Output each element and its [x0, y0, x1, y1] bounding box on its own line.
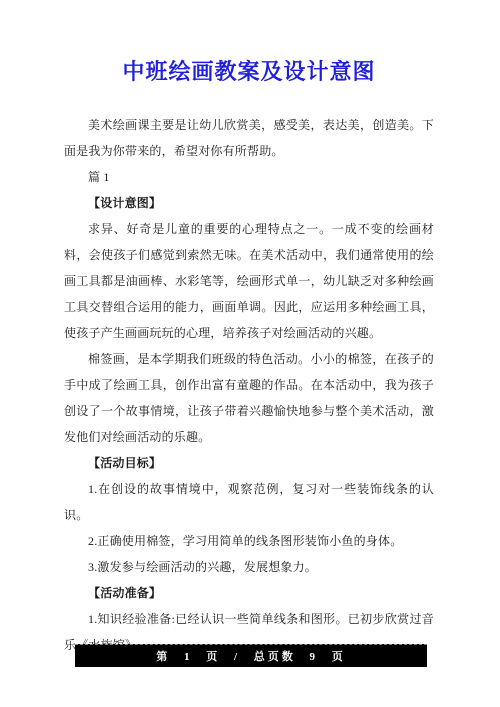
list-item-goal-1: 1.在创设的故事情境中，观察范例，复习对一些装饰线条的认识。: [64, 476, 434, 528]
list-item-goal-3: 3.激发参与绘画活动的兴趣，发展想象力。: [64, 554, 434, 580]
page-footer-bar: 第 1 页 / 总页数 9 页: [75, 644, 427, 667]
heading-activity-goals: 【活动目标】: [64, 450, 434, 476]
paragraph-design-intent-2: 棉签画，是本学期我们班级的特色活动。小小的棉签，在孩子的手中成了绘画工具，创作出…: [64, 346, 434, 450]
document-page: 中班绘画教案及设计意图 美术绘画课主要是让幼儿欣赏美，感受美，表达美，创造美。下…: [0, 0, 500, 707]
paragraph-intro: 美术绘画课主要是让幼儿欣赏美，感受美，表达美，创造美。下面是我为你带来的，希望对…: [64, 112, 434, 164]
page-number-indicator: 第 1 页 / 总页数 9 页: [156, 648, 346, 664]
list-item-goal-2: 2.正确使用棉签，学习用简单的线条图形装饰小鱼的身体。: [64, 528, 434, 554]
document-title: 中班绘画教案及设计意图: [64, 58, 434, 86]
section-label-part-1: 篇 1: [64, 164, 434, 190]
heading-design-intent: 【设计意图】: [64, 190, 434, 216]
heading-activity-preparation: 【活动准备】: [64, 580, 434, 606]
paragraph-design-intent-1: 求异、好奇是儿童的重要的心理特点之一。一成不变的绘画材料，会使孩子们感觉到索然无…: [64, 216, 434, 346]
